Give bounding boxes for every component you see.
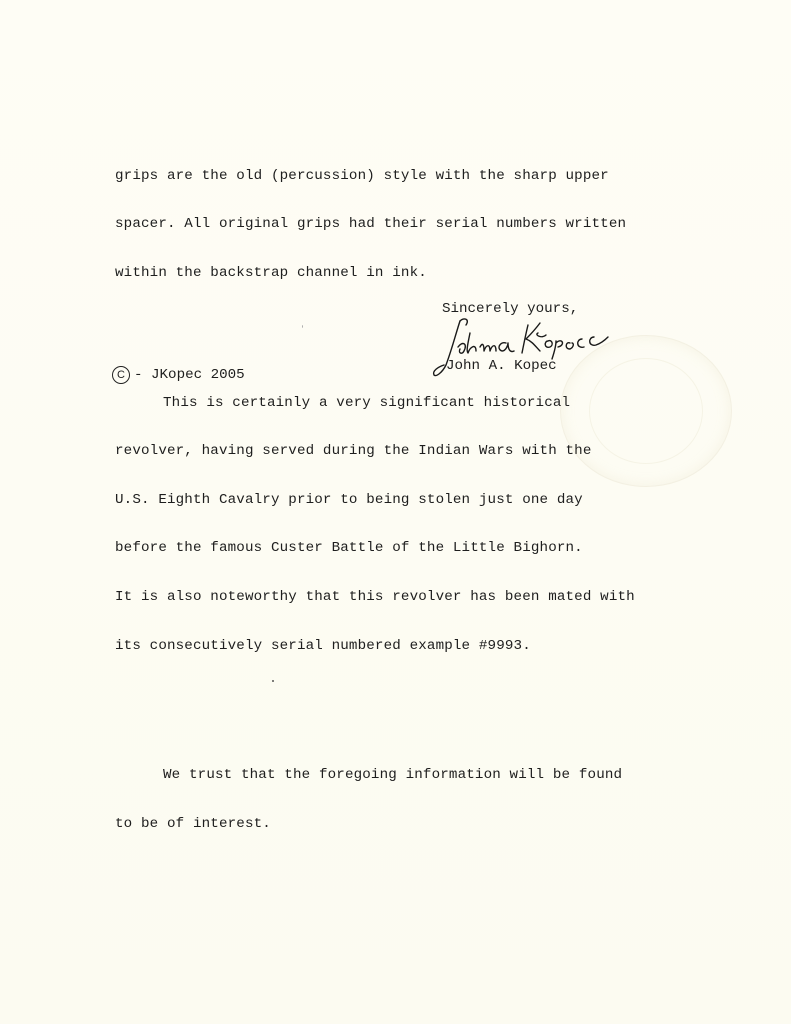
paragraph-closing-remark: We trust that the foregoing information … xyxy=(115,735,695,865)
text-line: grips are the old (percussion) style wit… xyxy=(115,168,695,184)
text-line: its consecutively serial numbered exampl… xyxy=(115,638,695,654)
embossed-seal-icon xyxy=(560,335,732,487)
text-line: We trust that the foregoing information … xyxy=(115,767,695,783)
letter-body: grips are the old (percussion) style wit… xyxy=(115,103,695,913)
text-line: within the backstrap channel in ink. xyxy=(115,265,695,281)
paper-speck xyxy=(272,680,274,682)
text-line: to be of interest. xyxy=(115,816,695,832)
copyright-icon: C xyxy=(112,366,130,384)
copyright-notice: C - JKopec 2005 xyxy=(112,366,245,384)
paragraph-grips: grips are the old (percussion) style wit… xyxy=(115,135,695,313)
text-line: before the famous Custer Battle of the L… xyxy=(115,540,695,556)
letter-page: grips are the old (percussion) style wit… xyxy=(0,0,791,1024)
text-line: U.S. Eighth Cavalry prior to being stole… xyxy=(115,492,695,508)
seal-inner-ring xyxy=(589,358,703,464)
copyright-text: - JKopec 2005 xyxy=(134,367,245,383)
text-line: spacer. All original grips had their ser… xyxy=(115,216,695,232)
signer-name: John A. Kopec xyxy=(446,358,557,374)
paper-speck xyxy=(302,325,303,328)
text-line: It is also noteworthy that this revolver… xyxy=(115,589,695,605)
